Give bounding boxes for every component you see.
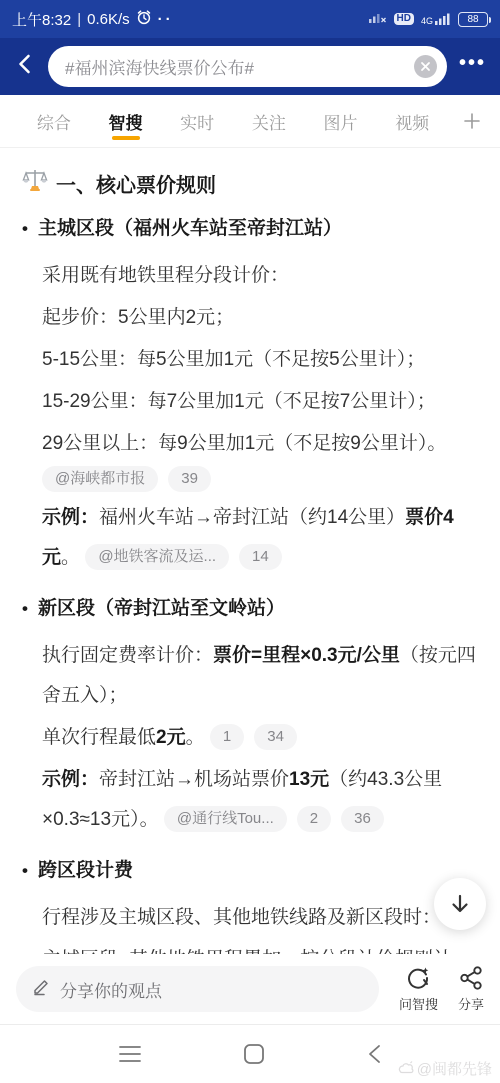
share-button[interactable]: 分享 [458, 965, 484, 1013]
home-icon[interactable] [243, 1043, 265, 1065]
add-tab-icon[interactable] [448, 111, 482, 131]
network-4g-icon: 4G [421, 13, 451, 26]
tab-视频[interactable]: 视频 [376, 95, 448, 147]
emphasized-text: 示例： [42, 769, 99, 790]
watermark-text: @闽都先锋 [417, 1058, 492, 1079]
recents-icon[interactable] [118, 1044, 142, 1064]
alarm-icon [136, 9, 152, 29]
content-paragraph: 采用既有地铁里程分段计价： [42, 256, 478, 296]
body-text: 起步价：5公里内2元； [42, 307, 234, 328]
content-paragraph: 15-29公里：每7公里加1元（不足按7公里计）； [42, 382, 478, 422]
back-nav-icon[interactable] [366, 1043, 382, 1065]
bullet-dot: • [22, 854, 38, 888]
ask-ai-label: 问智搜 [399, 994, 438, 1013]
battery-level: 88 [467, 14, 478, 25]
search-query-text: #福州滨海快线票价公布# [65, 54, 414, 79]
watermark-logo-icon [397, 1061, 415, 1077]
source-badge[interactable]: 1 [210, 724, 244, 750]
tab-关注[interactable]: 关注 [233, 95, 305, 147]
tab-图片[interactable]: 图片 [305, 95, 377, 147]
clear-search-icon[interactable] [414, 55, 437, 78]
comment-input[interactable]: 分享你的观点 [16, 966, 379, 1012]
emphasized-text: 票价=里程×0.3元/公里 [213, 645, 400, 666]
body-text: 执行固定费率计价： [42, 645, 213, 666]
ask-ai-button[interactable]: 问智搜 [399, 965, 438, 1013]
emphasized-text: 2元 [156, 727, 186, 748]
notification-dots: ·· [158, 11, 174, 28]
body-text: 29公里以上：每9公里加1元（不足按9公里计）。 [42, 433, 446, 454]
bullet-item: •主城区段（福州火车站至帝封江站） [22, 212, 478, 246]
watermark: @闽都先锋 [397, 1058, 492, 1079]
source-badge[interactable]: @海峡都市报 [42, 466, 158, 492]
share-icon [458, 965, 484, 991]
bullet-dot: • [22, 212, 38, 246]
tab-智搜[interactable]: 智搜 [90, 95, 162, 147]
status-bar: 上午8:32 | 0.6K/s ·· HD 4G 88 [0, 0, 500, 38]
content-paragraph: 行程涉及主城区段、其他地铁线路及新区段时： [42, 898, 478, 938]
tab-实时[interactable]: 实时 [161, 95, 233, 147]
source-badge[interactable]: 39 [168, 466, 211, 492]
body-text: 15-29公里：每7公里加1元（不足按7公里计）； [42, 391, 436, 412]
comment-bar: 分享你的观点 问智搜 分享 [0, 954, 500, 1025]
content-paragraph: 5-15公里：每5公里加1元（不足按5公里计）； [42, 340, 478, 380]
content-paragraph: 示例：福州火车站→帝封江站（约14公里）票价4元。 @地铁客流及运...14 [42, 498, 478, 578]
source-badge[interactable]: @地铁客流及运... [85, 544, 229, 570]
content-paragraph: 29公里以上：每9公里加1元（不足按9公里计）。 [42, 424, 478, 464]
content-paragraph: 执行固定费率计价：票价=里程×0.3元/公里（按元四舍五入）； [42, 636, 478, 716]
bullet-text: 主城区段（福州火车站至帝封江站） [38, 212, 342, 246]
network-speed: 0.6K/s [87, 11, 130, 28]
tab-综合[interactable]: 综合 [18, 95, 90, 147]
bullet-item: •新区段（帝封江站至文岭站） [22, 592, 478, 626]
content-paragraph: 单次行程最低2元。 134 [42, 718, 478, 758]
signal-x-icon [369, 10, 387, 28]
source-badge[interactable]: 36 [341, 806, 384, 832]
source-badge[interactable]: 34 [254, 724, 297, 750]
body-text: 。 [61, 547, 80, 568]
comment-placeholder: 分享你的观点 [60, 977, 162, 1002]
status-separator: | [77, 11, 81, 28]
bullet-text: 跨区段计费 [38, 854, 133, 888]
network-type-label: 4G [421, 17, 433, 26]
emphasized-text: 示例： [42, 507, 99, 528]
source-badge[interactable]: 14 [239, 544, 282, 570]
share-label: 分享 [458, 994, 484, 1013]
ai-search-result: 一、核心票价规则•主城区段（福州火车站至帝封江站）采用既有地铁里程分段计价：起步… [0, 148, 500, 1020]
body-text: 福州火车站→帝封江站（约14公里） [99, 507, 405, 528]
body-text: 行程涉及主城区段、其他地铁线路及新区段时： [42, 907, 441, 928]
back-icon[interactable] [14, 53, 36, 80]
body-text: 5-15公里：每5公里加1元（不足按5公里计）； [42, 349, 425, 370]
scale-icon [22, 168, 48, 198]
body-text: 单次行程最低 [42, 727, 156, 748]
ask-ai-icon [405, 965, 431, 991]
battery-icon: 88 [458, 12, 488, 27]
content-paragraph: 示例：帝封江站→机场站票价13元（约43.3公里×0.3≈13元）。 @通行线T… [42, 760, 478, 840]
tab-bar: 综合智搜实时关注图片视频 [0, 95, 500, 148]
section-heading-text: 一、核心票价规则 [56, 169, 216, 198]
emphasized-text: 13元 [289, 769, 329, 790]
scroll-down-button[interactable] [434, 878, 486, 930]
pencil-icon [32, 977, 51, 1001]
bullet-dot: • [22, 592, 38, 626]
source-badge[interactable]: @通行线Tou... [164, 806, 287, 832]
search-input[interactable]: #福州滨海快线票价公布# [48, 46, 447, 87]
hd-badge: HD [394, 13, 414, 25]
content-paragraph: 起步价：5公里内2元； [42, 298, 478, 338]
source-badge[interactable]: 2 [297, 806, 331, 832]
section-heading: 一、核心票价规则 [22, 168, 478, 198]
body-text: 。 [186, 727, 205, 748]
search-header: #福州滨海快线票价公布# ••• [0, 38, 500, 95]
body-text: 采用既有地铁里程分段计价： [42, 265, 289, 286]
source-badges-row: @海峡都市报39 [42, 466, 478, 492]
body-text: 帝封江站→机场站票价 [99, 769, 289, 790]
more-options-icon[interactable]: ••• [459, 52, 486, 81]
bullet-item: •跨区段计费 [22, 854, 478, 888]
arrow-down-icon [448, 892, 472, 916]
status-time: 上午8:32 [12, 9, 71, 30]
bullet-text: 新区段（帝封江站至文岭站） [38, 592, 285, 626]
